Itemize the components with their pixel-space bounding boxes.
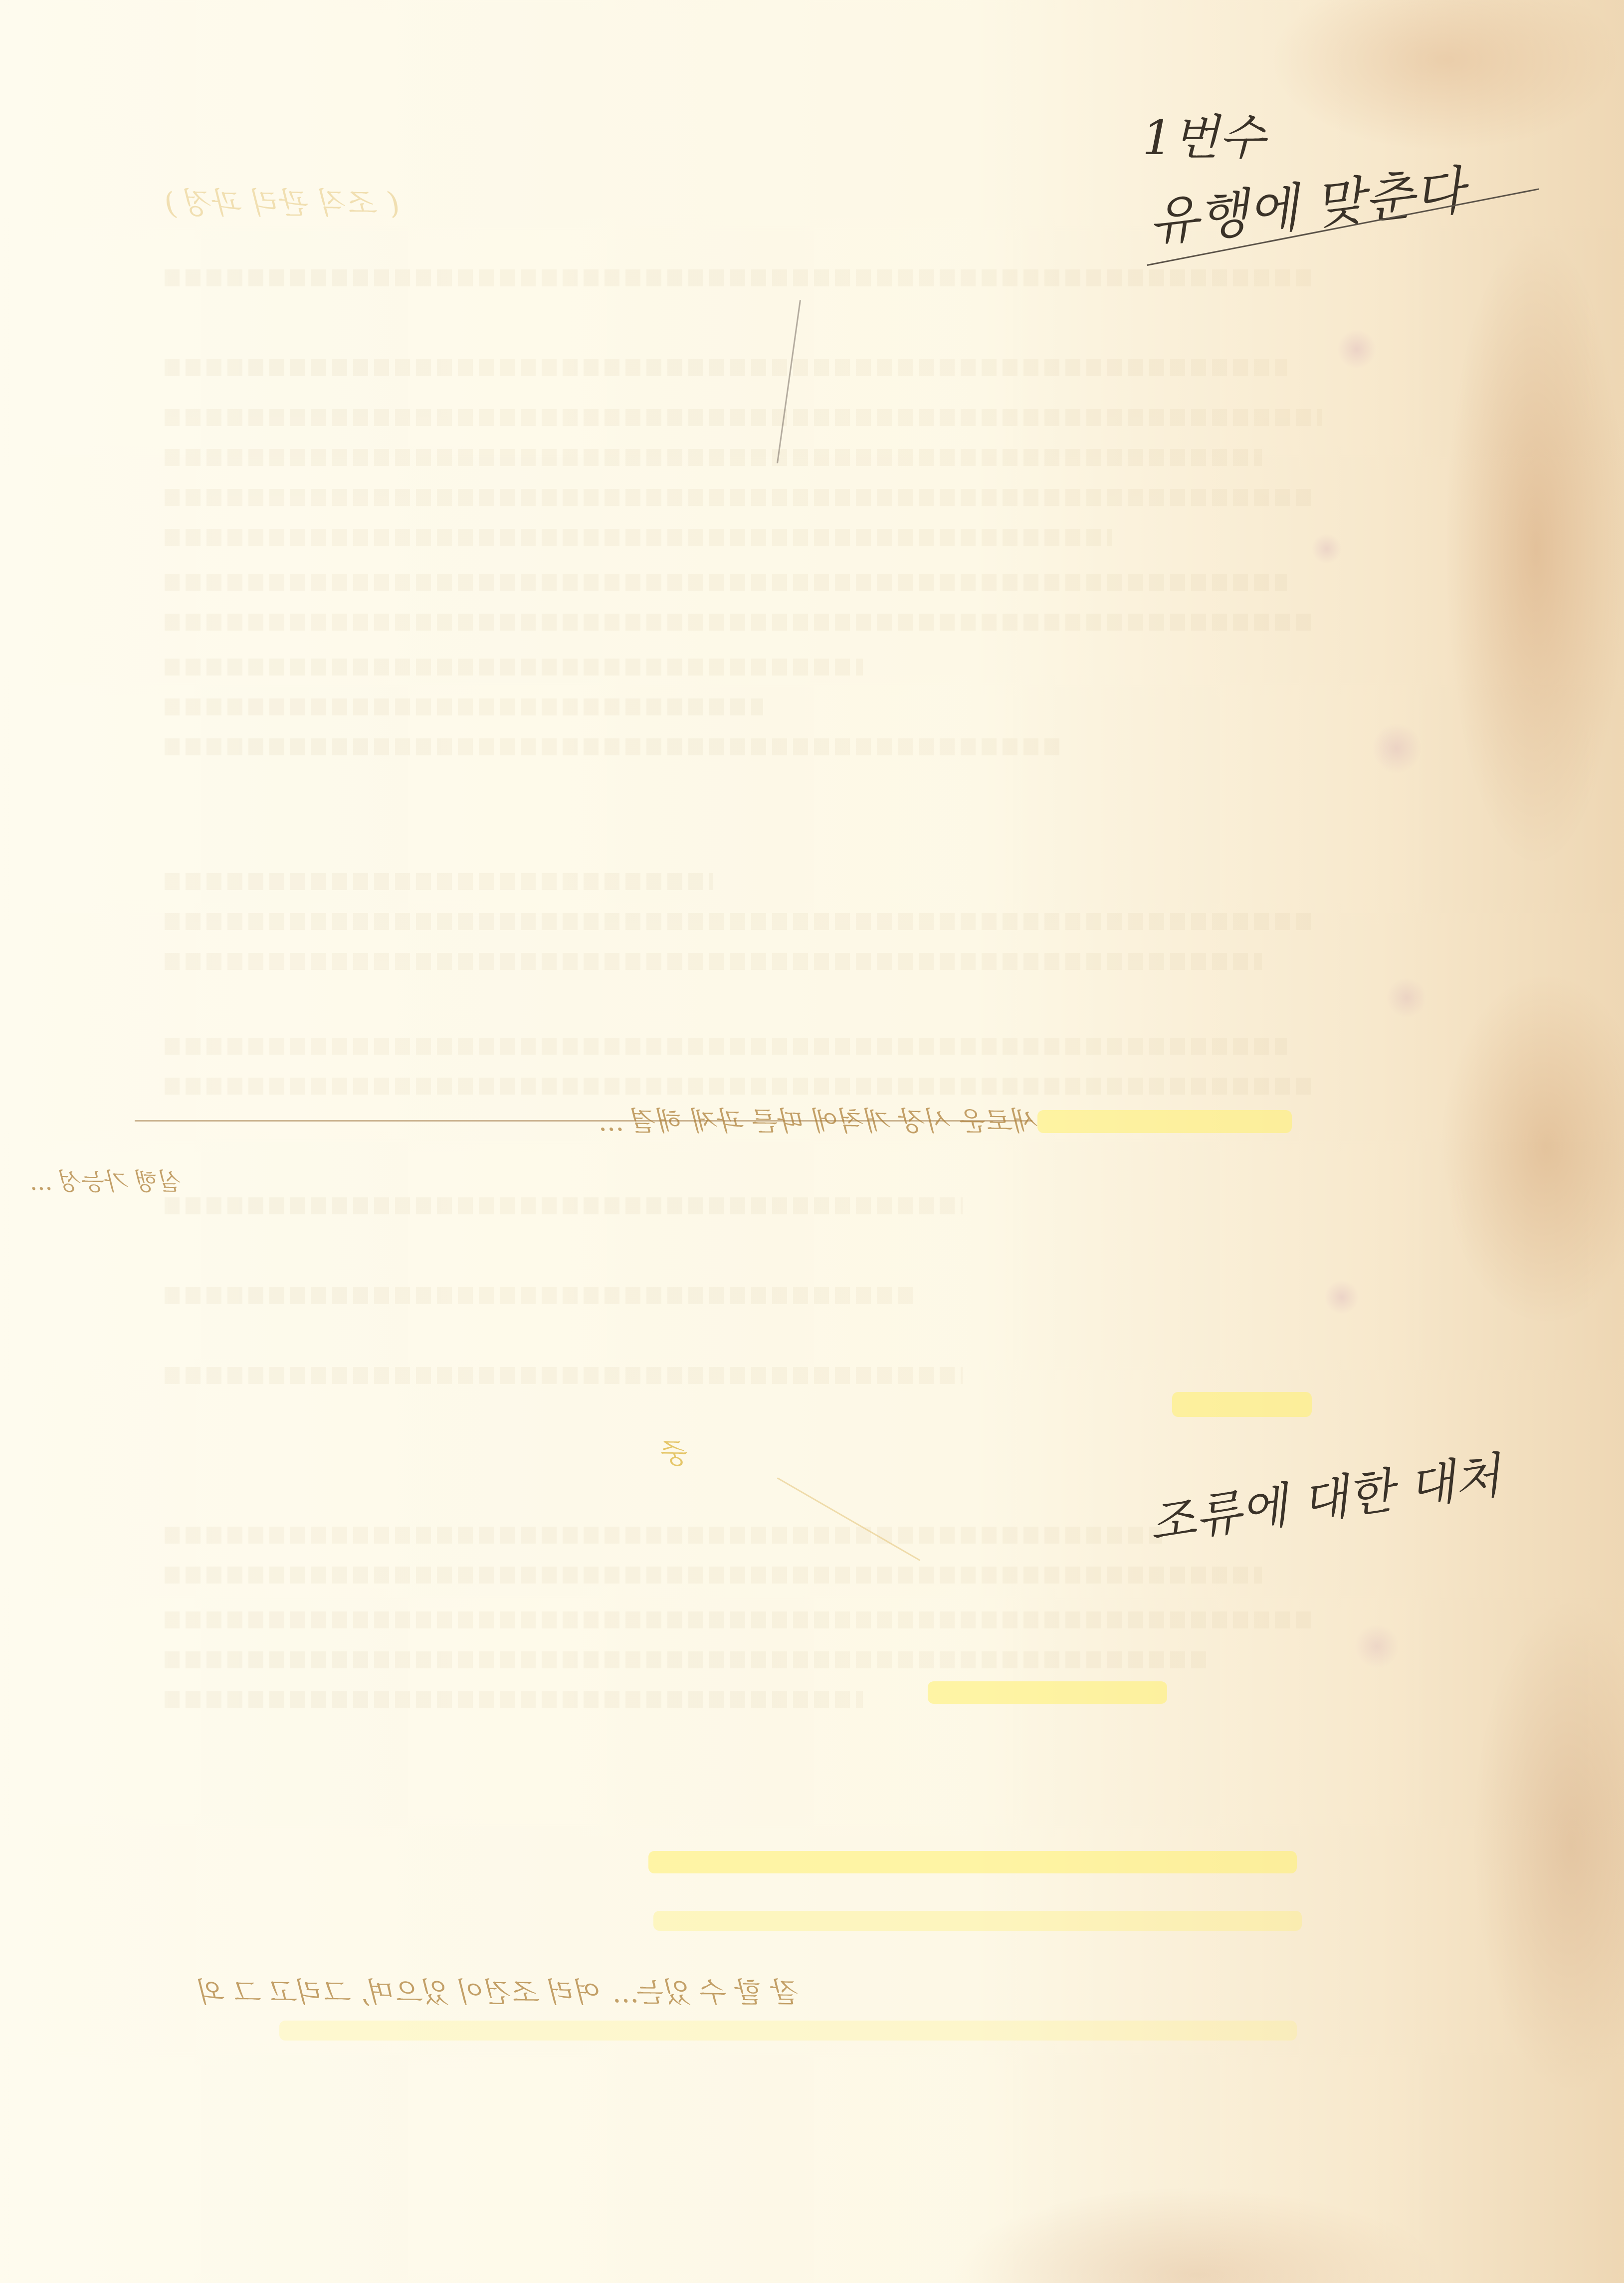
bleed-line	[165, 873, 713, 890]
bleed-line	[165, 1651, 1212, 1668]
highlight-mark	[928, 1681, 1167, 1704]
highlight-mark	[648, 1851, 1297, 1873]
bleed-struck-text: 새로운 시장 개척에 따른 과제 해결 ...	[599, 1100, 1040, 1139]
bleed-line	[165, 489, 1312, 506]
bleed-line	[165, 614, 1312, 631]
bleed-line	[165, 359, 1287, 376]
bleed-bottom-line: 잘 할 수 있는... 여러 조건이 있으며, 그리고 그 외	[200, 1971, 801, 2011]
bleed-line	[165, 409, 1322, 426]
bleed-line	[165, 1287, 913, 1304]
bleed-parenthetical: ( 조직 관리 과정 )	[165, 180, 400, 223]
bleed-side-note: 실행 가능성 ...	[30, 1162, 184, 1197]
bleed-line	[165, 953, 1262, 970]
bleed-mark: 중	[663, 1432, 690, 1472]
bleed-line	[165, 1611, 1312, 1628]
bleed-line	[165, 738, 1062, 755]
bleed-line	[165, 1078, 1312, 1095]
bleed-line	[165, 1691, 863, 1708]
bleed-line	[165, 1038, 1287, 1055]
bleed-line	[165, 1567, 1262, 1584]
bleed-line	[165, 529, 1112, 546]
bleed-line	[165, 449, 1262, 466]
bleed-line	[165, 698, 763, 715]
bleed-line	[165, 1527, 1162, 1544]
bleed-line	[165, 913, 1312, 930]
highlight-mark	[1172, 1392, 1312, 1417]
highlight-mark	[279, 2021, 1297, 2041]
bleed-line	[165, 269, 1312, 286]
bleed-line	[165, 659, 863, 676]
highlight-mark	[1037, 1110, 1292, 1133]
bleed-line	[165, 1197, 963, 1214]
note-heading: 1번수	[1142, 100, 1265, 168]
bleed-line	[165, 574, 1287, 591]
highlight-mark	[653, 1911, 1302, 1931]
bleed-line	[165, 1367, 963, 1384]
foxing-stains	[1297, 0, 1624, 2283]
